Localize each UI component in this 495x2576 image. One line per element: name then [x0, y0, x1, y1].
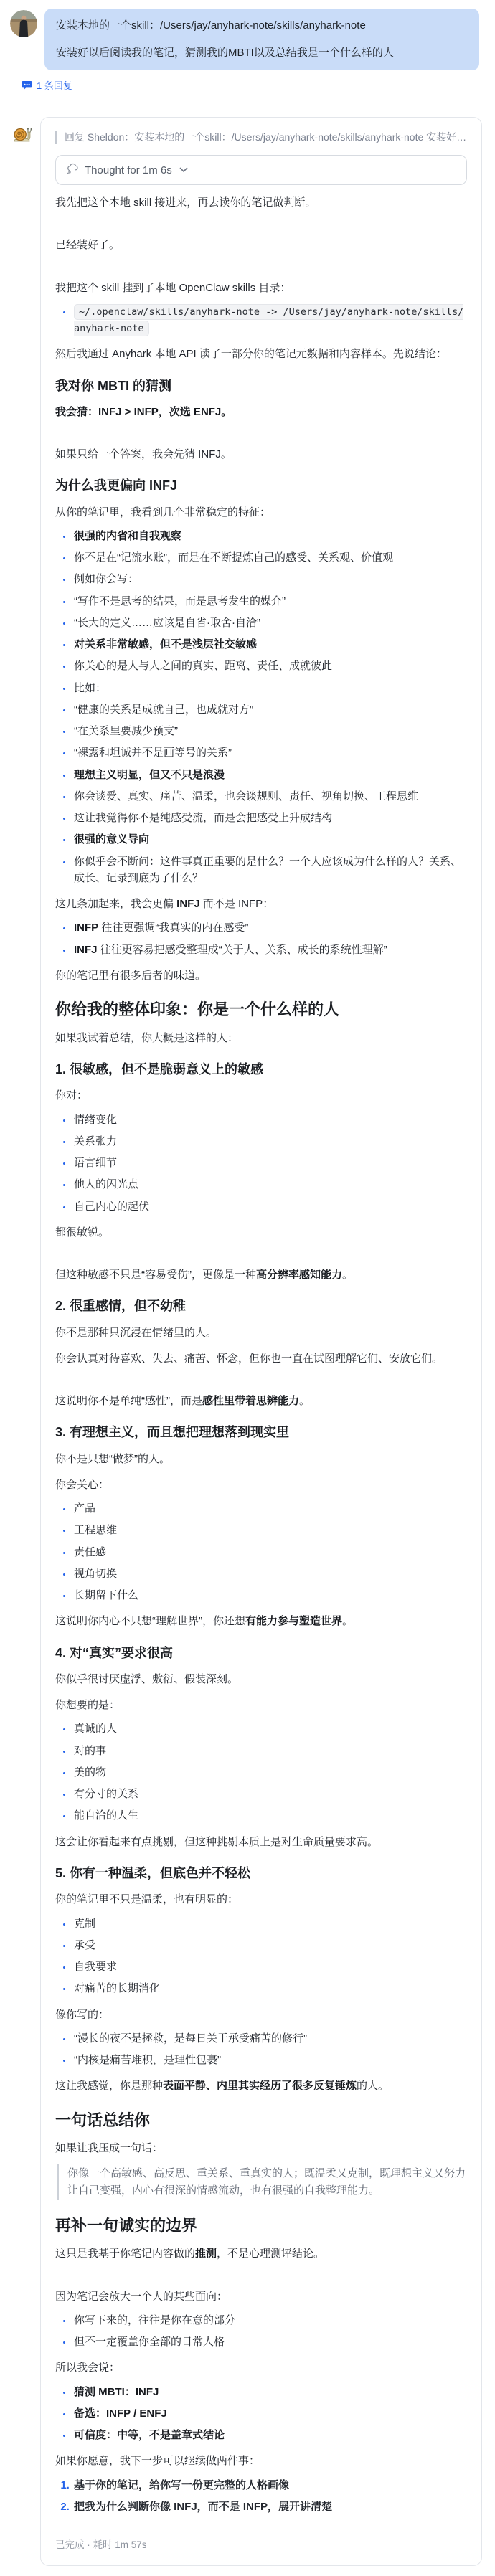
block-p: 你似乎很讨厌虚浮、敷衍、假装深刻。 — [55, 1671, 467, 1687]
block-ul: 真诚的人对的事美的物有分寸的关系能自洽的人生 — [55, 1720, 467, 1824]
block-ul: INFP 往往更强调“我真实的内在感受”INFJ 往往更容易把感受整理成“关于人… — [55, 919, 467, 958]
list-item: 自我要求 — [72, 1959, 467, 1975]
list-item: 长期留下什么 — [72, 1587, 467, 1604]
block-ul: 情绪变化关系张力语言细节他人的闪光点自己内心的起伏 — [55, 1112, 467, 1215]
block-p: 如果只给一个答案，我会先猜 INFJ。 — [55, 446, 467, 463]
list-item: 把我为什么判断你像 INFJ，而不是 INFP，展开讲清楚 — [72, 2499, 467, 2515]
assistant-message-card: 回复 Sheldon：安装本地的一个skill：/Users/jay/anyha… — [40, 117, 482, 2567]
user-message-line-2: 安装好以后阅读我的笔记，猜测我的MBTI以及总结我是一个什么样的人 — [56, 45, 468, 62]
list-item: “健康的关系是成就自己，也成就对方” — [72, 701, 467, 718]
list-item: “长大的定义……应该是自省·取舍·自洽” — [72, 615, 467, 631]
message-body: 我先把这个本地 skill 接进来，再去读你的笔记做判断。已经装好了。我把这个 … — [55, 194, 467, 2515]
list-item: 美的物 — [72, 1764, 467, 1781]
block-p: 已经装好了。 — [55, 237, 467, 253]
list-item: 备选：INFP / ENFJ — [72, 2405, 467, 2422]
list-item: 例如你会写： — [72, 571, 467, 587]
block-h3: 4. 对“真实”要求很高 — [55, 1644, 467, 1662]
list-item: 责任感 — [72, 1544, 467, 1561]
block-p: 如果你愿意，我下一步可以继续做两件事： — [55, 2453, 467, 2469]
list-item: 理想主义明显，但又不只是浪漫 — [72, 767, 467, 783]
list-item: 但不一定覆盖你全部的日常人格 — [72, 2334, 467, 2350]
assistant-message: 回复 Sheldon：安装本地的一个skill：/Users/jay/anyha… — [0, 117, 495, 2567]
list-item: 你不是在“记流水账”，而是在不断提炼自己的感受、关系观、价值观 — [72, 549, 467, 566]
chevron-down-icon — [179, 167, 188, 173]
reply-count-label: 1 条回复 — [37, 78, 72, 92]
list-item: 可信度：中等，不是盖章式结论 — [72, 2427, 467, 2443]
block-h3: 3. 有理想主义，而且想把理想落到现实里 — [55, 1424, 467, 1441]
list-item: 承受 — [72, 1937, 467, 1954]
block-ul: “漫长的夜不是拯救，是每日关于承受痛苦的修行”“内核是痛苦堆积，是理性包裹” — [55, 2030, 467, 2069]
block-p: 从你的笔记里，我看到几个非常稳定的特征： — [55, 504, 467, 521]
block-h3: 5. 你有一种温柔，但底色并不轻松 — [55, 1865, 467, 1882]
list-item: 克制 — [72, 1916, 467, 1932]
block-h3: 1. 很敏感，但不是脆弱意义上的敏感 — [55, 1061, 467, 1078]
block-p: 你想要的是： — [55, 1697, 467, 1713]
block-p: 但这种敏感不只是“容易受伤”，更像是一种高分辨率感知能力。 — [55, 1266, 467, 1283]
list-item: 自己内心的起伏 — [72, 1198, 467, 1215]
snail-avatar[interactable] — [11, 124, 33, 146]
list-item: 视角切换 — [72, 1566, 467, 1582]
list-item: 真诚的人 — [72, 1720, 467, 1737]
list-item: 这让我觉得你不是纯感受流，而是会把感受上升成结构 — [72, 810, 467, 826]
block-p: 你不是那种只沉浸在情绪里的人。 — [55, 1325, 467, 1341]
list-item: 他人的闪光点 — [72, 1176, 467, 1193]
speech-bubble-icon — [22, 80, 32, 90]
block-p: 所以我会说： — [55, 2359, 467, 2376]
block-p: 我把这个 skill 挂到了本地 OpenClaw skills 目录： — [55, 280, 467, 296]
reply-count-link[interactable]: 1 条回复 — [22, 78, 72, 92]
block-p: 你会关心： — [55, 1477, 467, 1493]
block-p: 如果让我压成一句话： — [55, 2140, 467, 2156]
reply-quote[interactable]: 回复 Sheldon：安装本地的一个skill：/Users/jay/anyha… — [55, 131, 467, 145]
block-ul: 很强的内省和自我观察你不是在“记流水账”，而是在不断提炼自己的感受、关系观、价值… — [55, 528, 467, 886]
list-item: INFJ 往往更容易把感受整理成“关于人、关系、成长的系统性理解” — [72, 942, 467, 958]
list-item: 产品 — [72, 1500, 467, 1517]
block-p: 这说明你内心不只想“理解世界”，你还想有能力参与塑造世界。 — [55, 1613, 467, 1629]
block-ul: 猜测 MBTI：INFJ备选：INFP / ENFJ可信度：中等，不是盖章式结论 — [55, 2384, 467, 2444]
block-h3: 为什么我更偏向 INFJ — [55, 477, 467, 494]
list-item: “内核是痛苦堆积，是理性包裹” — [72, 2052, 467, 2068]
spacer — [55, 2270, 467, 2279]
spacer — [55, 261, 467, 270]
spacer — [55, 427, 467, 437]
person-photo-icon — [10, 10, 37, 37]
block-p: 这会让你看起来有点挑剔，但这种挑剔本质上是对生命质量要求高。 — [55, 1834, 467, 1850]
snail-icon — [11, 124, 33, 146]
list-item: 你似乎会不断问：这件事真正重要的是什么？一个人应该成为什么样的人？关系、成长、记… — [72, 853, 467, 887]
list-item: 比如： — [72, 680, 467, 696]
thought-toggle[interactable]: Thought for 1m 6s — [55, 155, 467, 185]
list-item: “写作不是思考的结果，而是思考发生的媒介” — [72, 593, 467, 610]
block-p: 这让我感觉，你是那种表面平静、内里其实经历了很多反复锤炼的人。 — [55, 2078, 467, 2094]
block-ul: ~/.openclaw/skills/anyhark-note -> /User… — [55, 303, 467, 337]
block-ul: 产品工程思维责任感视角切换长期留下什么 — [55, 1500, 467, 1604]
block-p: 因为笔记会放大一个人的某些面向： — [55, 2288, 467, 2305]
block-p: 你的笔记里不只是温柔，也有明显的： — [55, 1891, 467, 1908]
chat-thread: 安装本地的一个skill：/Users/jay/anyhark-note/ski… — [0, 0, 495, 2576]
list-item: 你写下来的，往往是你在意的部分 — [72, 2312, 467, 2329]
user-avatar[interactable] — [10, 10, 37, 37]
list-item: INFP 往往更强调“我真实的内在感受” — [72, 919, 467, 936]
block-p: 你不是只想“做梦”的人。 — [55, 1451, 467, 1467]
list-item: 猜测 MBTI：INFJ — [72, 2384, 467, 2400]
list-item: 对痛苦的长期消化 — [72, 1980, 467, 1997]
thought-toggle-label: Thought for 1m 6s — [85, 164, 172, 176]
list-item: 对的事 — [72, 1743, 467, 1759]
block-quote: 你像一个高敏感、高反思、重关系、重真实的人；既温柔又克制，既理想主义又努力让自己… — [57, 2164, 467, 2200]
list-item: 情绪变化 — [72, 1112, 467, 1128]
list-item: “裸露和坦诚并不是画等号的关系” — [72, 744, 467, 761]
block-h3: 我对你 MBTI 的猜测 — [55, 377, 467, 394]
block-ol: 基于你的笔记，给你写一份更完整的人格画像把我为什么判断你像 INFJ，而不是 I… — [55, 2477, 467, 2516]
block-h3: 2. 很重感情，但不幼稚 — [55, 1297, 467, 1315]
spacer — [55, 1248, 467, 1257]
list-item: 有分寸的关系 — [72, 1786, 467, 1802]
inline-code: ~/.openclaw/skills/anyhark-note -> /User… — [74, 304, 463, 336]
list-item: 很强的意义导向 — [72, 831, 467, 848]
list-item: 基于你的笔记，给你写一份更完整的人格画像 — [72, 2477, 467, 2494]
spacer — [55, 218, 467, 227]
thought-bubble-icon — [66, 163, 79, 177]
block-p: 像你写的： — [55, 2007, 467, 2023]
block-p: 你会认真对待喜欢、失去、痛苦、怀念，但你也一直在试图理解它们、安放它们。 — [55, 1350, 467, 1367]
completion-status: 已完成 · 耗时 1m 57s — [55, 2537, 467, 2551]
list-item: “漫长的夜不是拯救，是每日关于承受痛苦的修行” — [72, 2030, 467, 2047]
block-p: 如果我试着总结，你大概是这样的人： — [55, 1030, 467, 1046]
list-item: 工程思维 — [72, 1522, 467, 1538]
user-message: 安装本地的一个skill：/Users/jay/anyhark-note/ski… — [0, 6, 495, 70]
block-p: 你对： — [55, 1087, 467, 1104]
block-p: 我先把这个本地 skill 接进来，再去读你的笔记做判断。 — [55, 194, 467, 211]
list-item: 语言细节 — [72, 1155, 467, 1171]
block-ul: 你写下来的，往往是你在意的部分但不一定覆盖你全部的日常人格 — [55, 2312, 467, 2351]
list-item: ~/.openclaw/skills/anyhark-note -> /User… — [72, 303, 467, 337]
user-message-line-1: 安装本地的一个skill：/Users/jay/anyhark-note/ski… — [56, 18, 468, 34]
list-item: 你关心的是人与人之间的真实、距离、责任、成就彼此 — [72, 658, 467, 674]
spacer — [55, 1374, 467, 1383]
list-item: 对关系非常敏感，但不是浅层社交敏感 — [72, 636, 467, 653]
list-item: 关系张力 — [72, 1133, 467, 1150]
list-item: 能自洽的人生 — [72, 1807, 467, 1824]
block-h2: 再补一句诚实的边界 — [55, 2216, 467, 2237]
user-message-bubble: 安装本地的一个skill：/Users/jay/anyhark-note/ski… — [44, 9, 479, 70]
block-p: 这几条加起来，我会更偏 INFJ 而不是 INFP： — [55, 896, 467, 912]
block-p: 你的笔记里有很多后者的味道。 — [55, 967, 467, 984]
block-p: 都很敏锐。 — [55, 1224, 467, 1241]
block-p: 这只是我基于你笔记内容做的推测，不是心理测评结论。 — [55, 2245, 467, 2262]
block-p: 然后我通过 Anyhark 本地 API 读了一部分你的笔记元数据和内容样本。先… — [55, 346, 467, 362]
block-ul: 克制承受自我要求对痛苦的长期消化 — [55, 1916, 467, 1997]
block-h2: 一句话总结你 — [55, 2111, 467, 2131]
block-p: 这说明你不是单纯“感性”，而是感性里带着思辨能力。 — [55, 1393, 467, 1409]
list-item: 你会谈爱、真实、痛苦、温柔，也会谈规则、责任、视角切换、工程思维 — [72, 788, 467, 805]
block-h2: 你给我的整体印象：你是一个什么样的人 — [55, 1000, 467, 1021]
list-item: 很强的内省和自我观察 — [72, 528, 467, 544]
block-p: 我会猜：INFJ > INFP，次选 ENFJ。 — [55, 404, 467, 420]
list-item: “在关系里要减少预支” — [72, 723, 467, 739]
